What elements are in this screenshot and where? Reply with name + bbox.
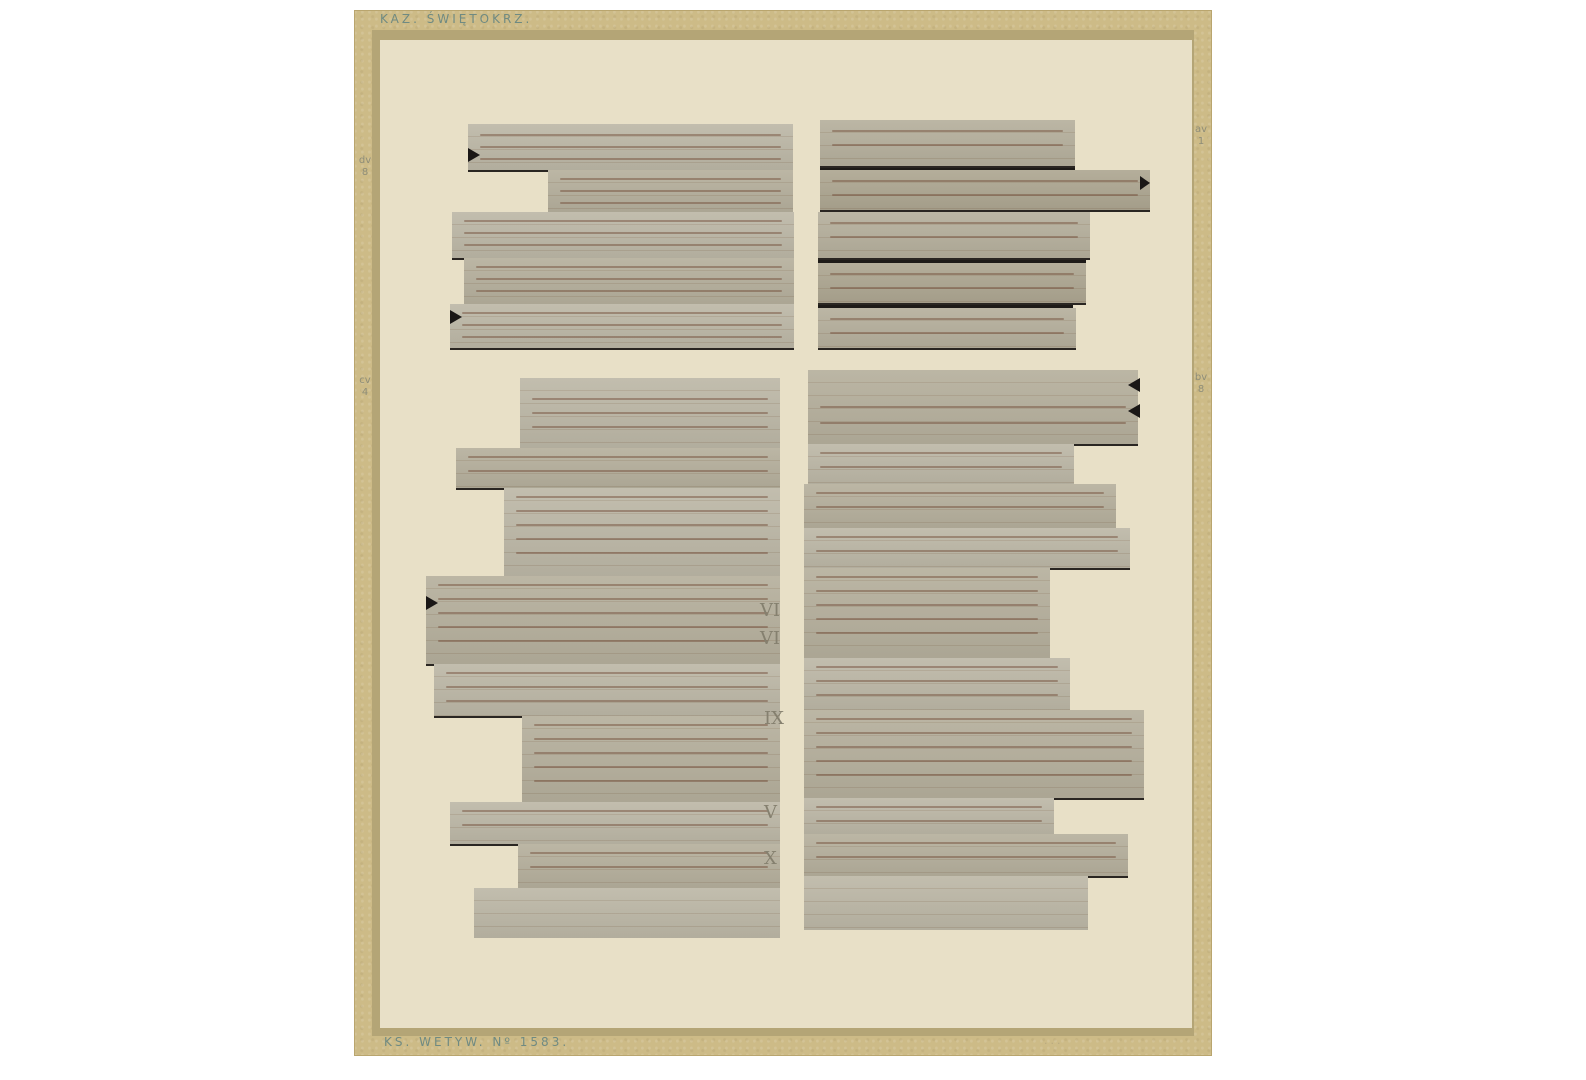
parchment-strip <box>426 576 780 666</box>
arrow-marker <box>426 596 438 610</box>
parchment-strip <box>464 258 794 306</box>
parchment-strip <box>450 802 780 846</box>
arrow-marker <box>468 148 480 162</box>
parchment-strip <box>518 844 780 890</box>
parchment-strip <box>504 488 780 578</box>
parchment-strip <box>474 888 780 938</box>
arrow-marker <box>1140 176 1150 190</box>
margin-numeral: V <box>764 802 777 823</box>
parchment-strip <box>456 448 780 490</box>
parchment-strip <box>818 212 1090 260</box>
margin-numeral: VI <box>760 600 780 621</box>
parchment-strip <box>520 378 780 450</box>
margin-numeral: IX <box>764 708 784 729</box>
arrow-marker <box>450 310 462 324</box>
fragment-top-left <box>450 120 795 390</box>
parchment-strip <box>804 798 1054 836</box>
parchment-strip <box>808 370 1138 446</box>
arrow-marker <box>1128 378 1140 392</box>
mounting-board: KAZ. ŚWIĘTOKRZ. KS. WETYW. Nº 1583. ... … <box>354 10 1212 1056</box>
parchment-strip <box>804 528 1130 570</box>
board-label-bottom: KS. WETYW. Nº 1583. <box>384 1035 569 1049</box>
parchment-strip <box>522 716 780 804</box>
parchment-strip <box>804 876 1088 930</box>
parchment-strip <box>818 308 1076 350</box>
board-label-top: KAZ. ŚWIĘTOKRZ. <box>380 12 532 26</box>
mat-inner: VI VI IX V X <box>380 40 1192 1028</box>
parchment-strip <box>434 664 780 718</box>
margin-numeral: X <box>764 848 777 869</box>
parchment-strip <box>548 170 793 214</box>
fragment-bottom-left: VI VI IX V X <box>426 378 782 938</box>
parchment-strip <box>468 124 793 172</box>
margin-mark-right-upper: av 1 <box>1192 124 1210 148</box>
parchment-strip <box>804 658 1070 712</box>
fragment-bottom-right <box>804 370 1154 936</box>
parchment-strip <box>820 120 1075 168</box>
parchment-strip <box>804 568 1050 660</box>
arrow-marker <box>1128 404 1140 418</box>
parchment-strip <box>818 263 1086 305</box>
parchment-strip <box>820 170 1150 212</box>
margin-mark-right-lower: bv 8 <box>1192 372 1210 396</box>
parchment-strip <box>804 484 1116 530</box>
parchment-strip <box>804 710 1144 800</box>
parchment-strip <box>804 834 1128 878</box>
parchment-strip <box>808 444 1074 486</box>
parchment-strip <box>452 212 794 260</box>
margin-numeral: VI <box>760 628 780 649</box>
parchment-strip <box>450 304 794 350</box>
mat-frame: VI VI IX V X <box>372 30 1194 1036</box>
fragment-top-right <box>818 118 1158 390</box>
